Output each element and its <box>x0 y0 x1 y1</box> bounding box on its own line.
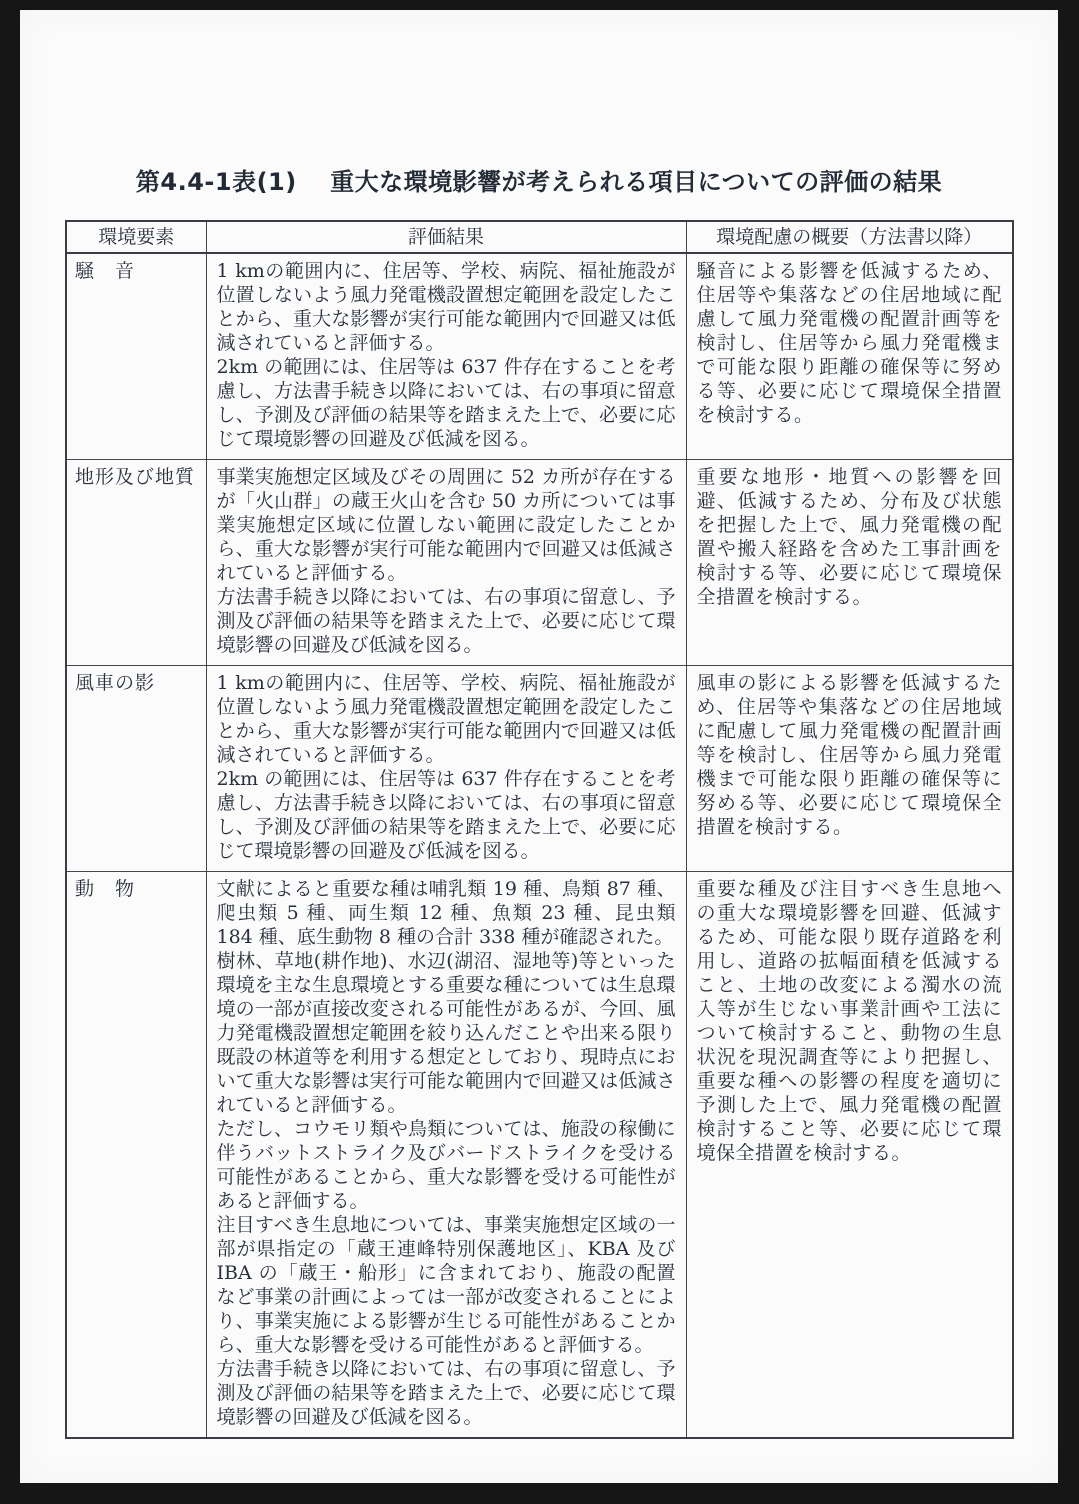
table-row-turbine-shadow: 風車の影 1 kmの範囲内に、住居等、学校、病院、福祉施設が位置しないよう風力発… <box>66 666 1013 872</box>
row-element-label: 騒 音 <box>66 253 206 460</box>
row-element-label: 地形及び地質 <box>66 460 206 666</box>
row-element-label: 動 物 <box>66 872 206 1439</box>
column-header-environmental-consideration: 環境配慮の概要（方法書以降） <box>686 221 1013 253</box>
row-evaluation-text: 事業実施想定区域及びその周囲に 52 カ所が存在するが「火山群」の蔵王火山を含む… <box>206 460 686 666</box>
row-consideration-text: 風車の影による影響を低減するため、住居等や集落などの住居地域に配慮して風力発電機… <box>686 666 1013 872</box>
column-header-evaluation-result: 評価結果 <box>206 221 686 253</box>
table-row-animals: 動 物 文献によると重要な種は哺乳類 19 種、鳥類 87 種、爬虫類 5 種、… <box>66 872 1013 1439</box>
table-row-noise: 騒 音 1 kmの範囲内に、住居等、学校、病院、福祉施設が位置しないよう風力発電… <box>66 253 1013 460</box>
row-evaluation-text: 1 kmの範囲内に、住居等、学校、病院、福祉施設が位置しないよう風力発電機設置想… <box>206 253 686 460</box>
row-consideration-text: 重要な地形・地質への影響を回避、低減するため、分布及び状態を把握した上で、風力発… <box>686 460 1013 666</box>
row-element-label: 風車の影 <box>66 666 206 872</box>
assessment-results-table: 環境要素 評価結果 環境配慮の概要（方法書以降） 騒 音 1 kmの範囲内に、住… <box>65 220 1014 1439</box>
column-header-environmental-element: 環境要素 <box>66 221 206 253</box>
document-page: 第4.4-1表(1) 重大な環境影響が考えられる項目についての評価の結果 環境要… <box>20 10 1058 1483</box>
table-title: 第4.4-1表(1) 重大な環境影響が考えられる項目についての評価の結果 <box>20 162 1058 197</box>
table-header-row: 環境要素 評価結果 環境配慮の概要（方法書以降） <box>66 221 1013 253</box>
row-consideration-text: 騒音による影響を低減するため、住居等や集落などの住居地域に配慮して風力発電機の配… <box>686 253 1013 460</box>
row-evaluation-text: 1 kmの範囲内に、住居等、学校、病院、福祉施設が位置しないよう風力発電機設置想… <box>206 666 686 872</box>
table-row-topography-geology: 地形及び地質 事業実施想定区域及びその周囲に 52 カ所が存在するが「火山群」の… <box>66 460 1013 666</box>
row-evaluation-text: 文献によると重要な種は哺乳類 19 種、鳥類 87 種、爬虫類 5 種、両生類 … <box>206 872 686 1439</box>
row-consideration-text: 重要な種及び注目すべき生息地への重大な環境影響を回避、低減するため、可能な限り既… <box>686 872 1013 1439</box>
